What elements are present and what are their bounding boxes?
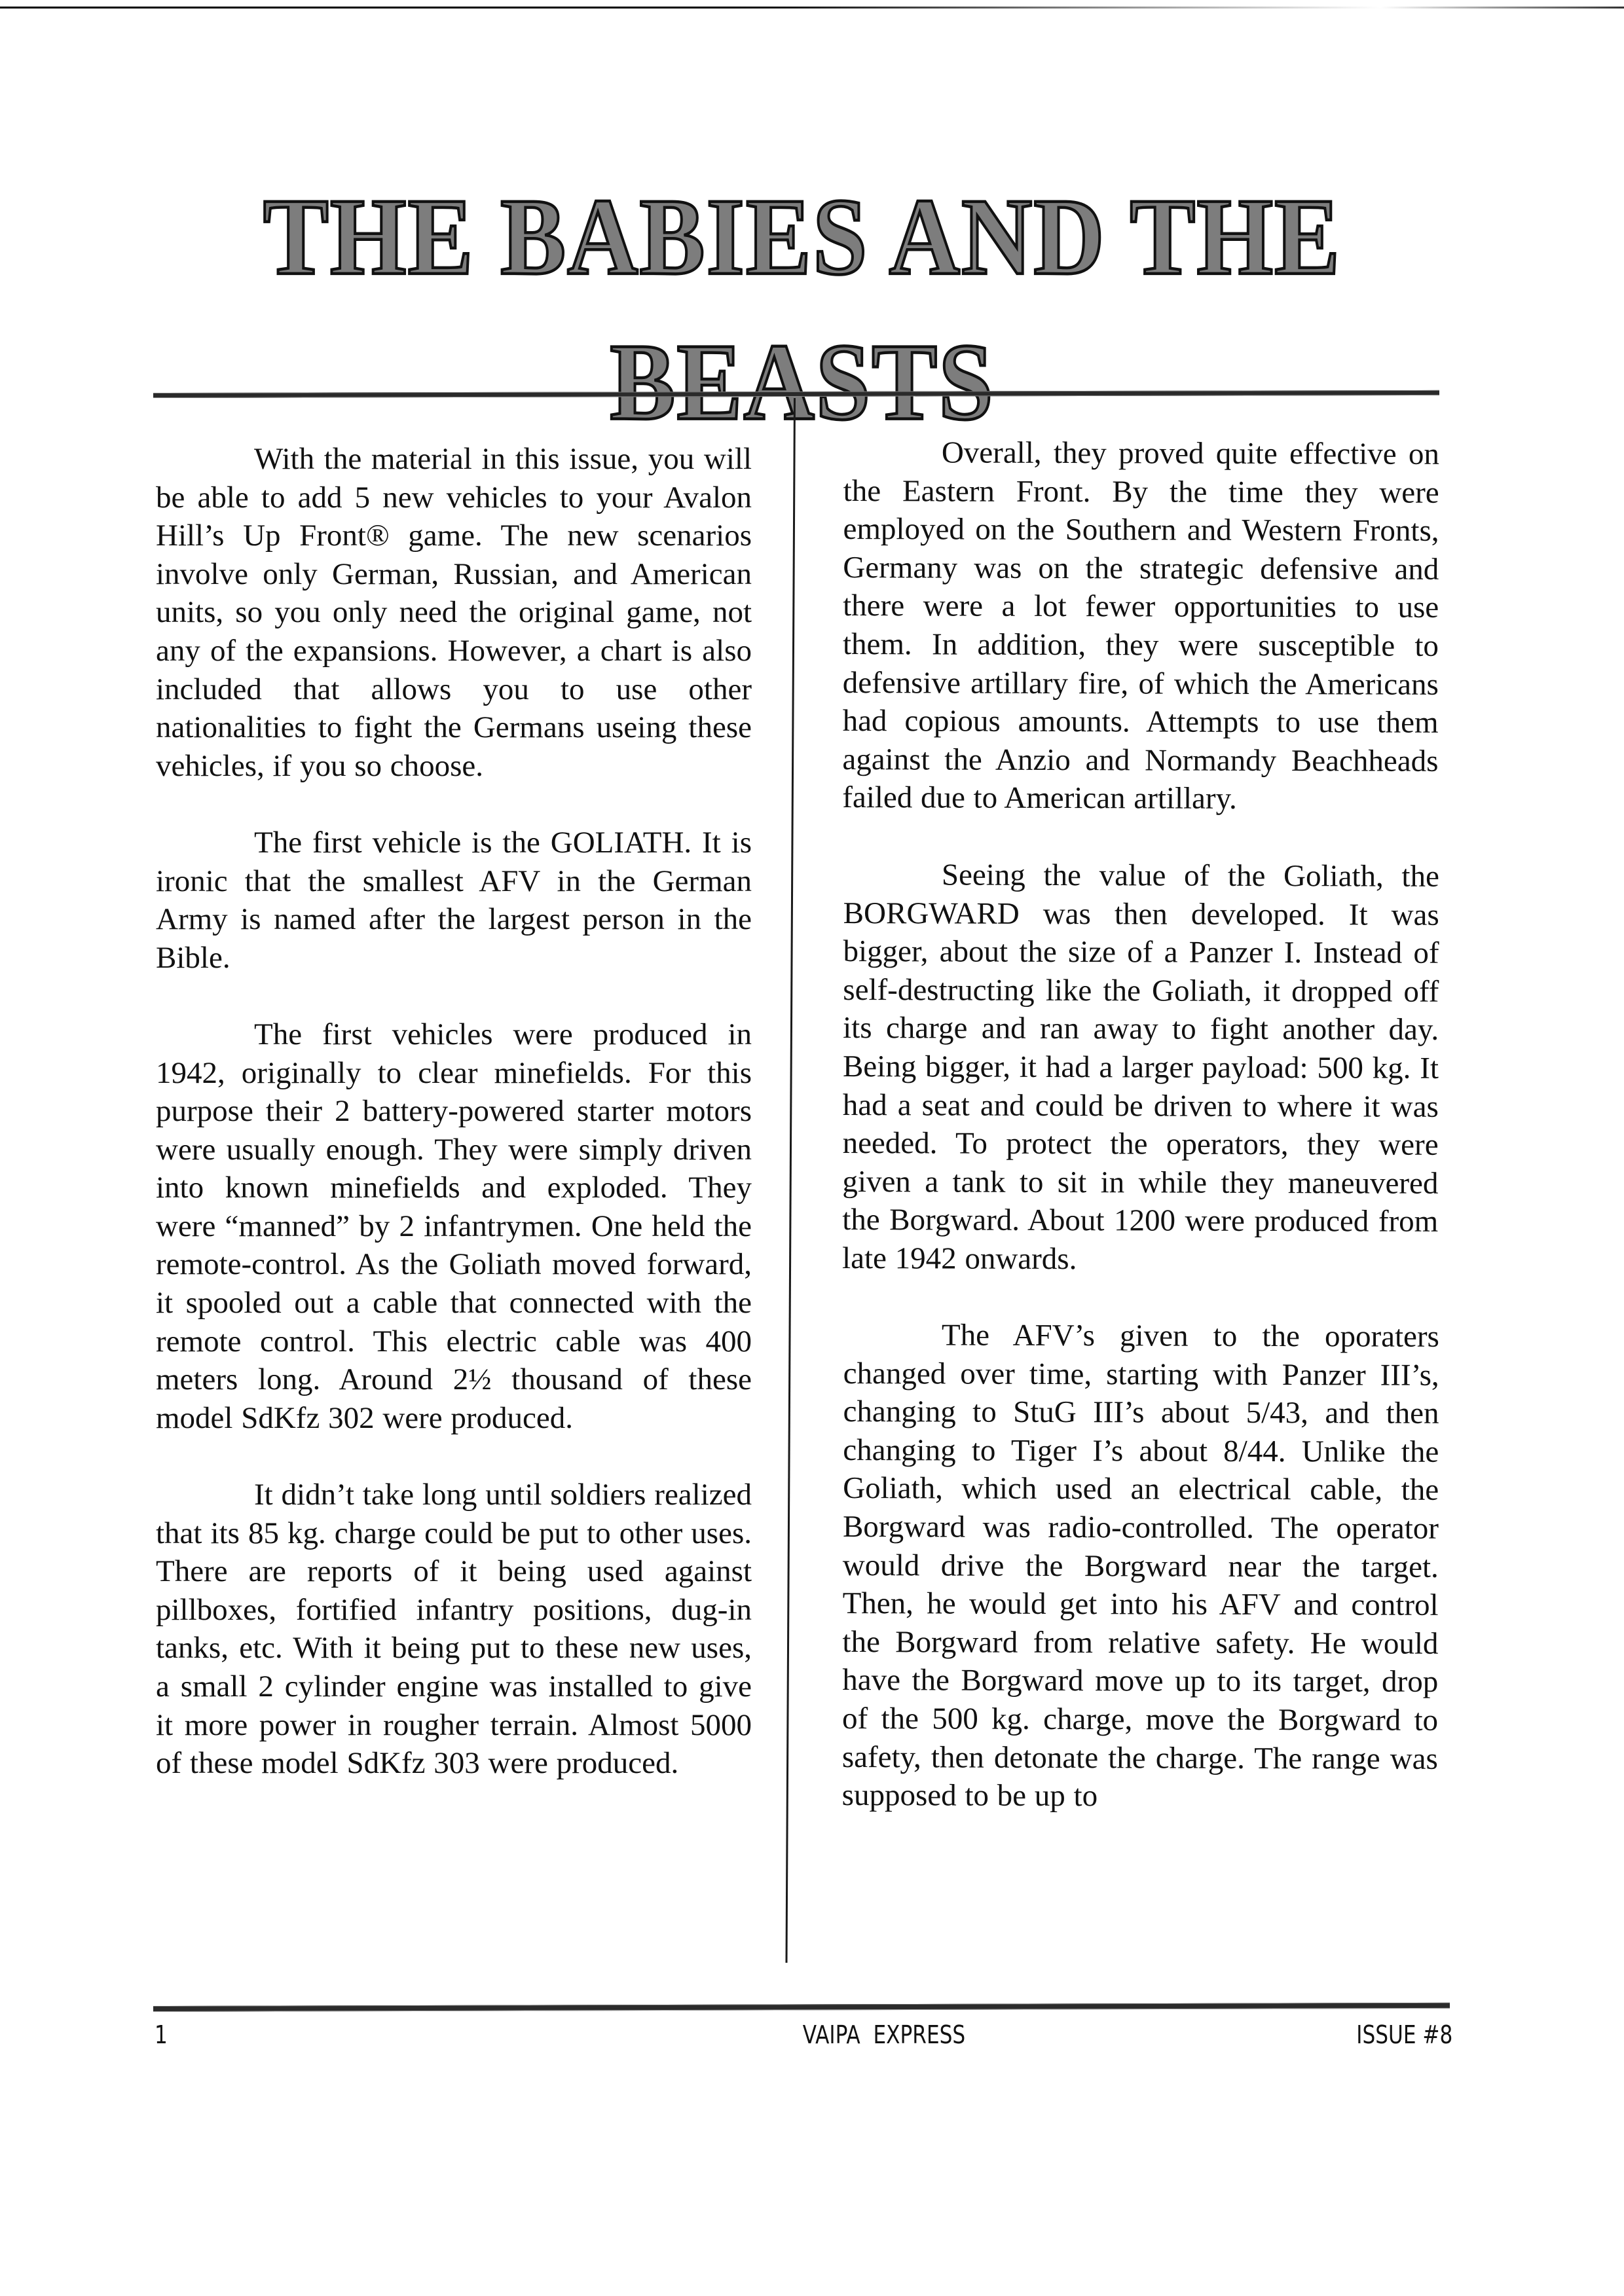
paragraph-goliath-intro: The first vehicle is the GOLIATH. It is …: [156, 824, 752, 977]
paragraph-goliath-effectiveness: Overall, they proved quite effective on …: [842, 433, 1439, 819]
left-column: With the material in this issue, you wil…: [156, 440, 752, 1783]
scan-top-edge-line: [0, 7, 1624, 9]
footer-issue-number: ISSUE #8: [1356, 2020, 1452, 2050]
paragraph-intro: With the material in this issue, you wil…: [156, 440, 752, 785]
paragraph-borgward-intro: Seeing the value of the Goliath, the BOR…: [842, 856, 1439, 1279]
footer-rule: [153, 2003, 1450, 2012]
paragraph-goliath-uses: It didn’t take long until soldiers reali…: [156, 1476, 752, 1783]
right-column: Overall, they proved quite effective on …: [843, 433, 1439, 1814]
column-divider: [785, 398, 796, 1963]
paragraph-goliath-production: The first vehicles were produced in 1942…: [156, 1015, 752, 1438]
page-title: THE BABIES AND THE BEASTS: [131, 164, 1473, 455]
paragraph-borgward-operation: The AFV’s given to the oporaters changed…: [842, 1316, 1439, 1817]
footer-page-number: 1: [155, 2020, 168, 2050]
footer-publication-name: VAIPA EXPRESS: [723, 2020, 1045, 2050]
